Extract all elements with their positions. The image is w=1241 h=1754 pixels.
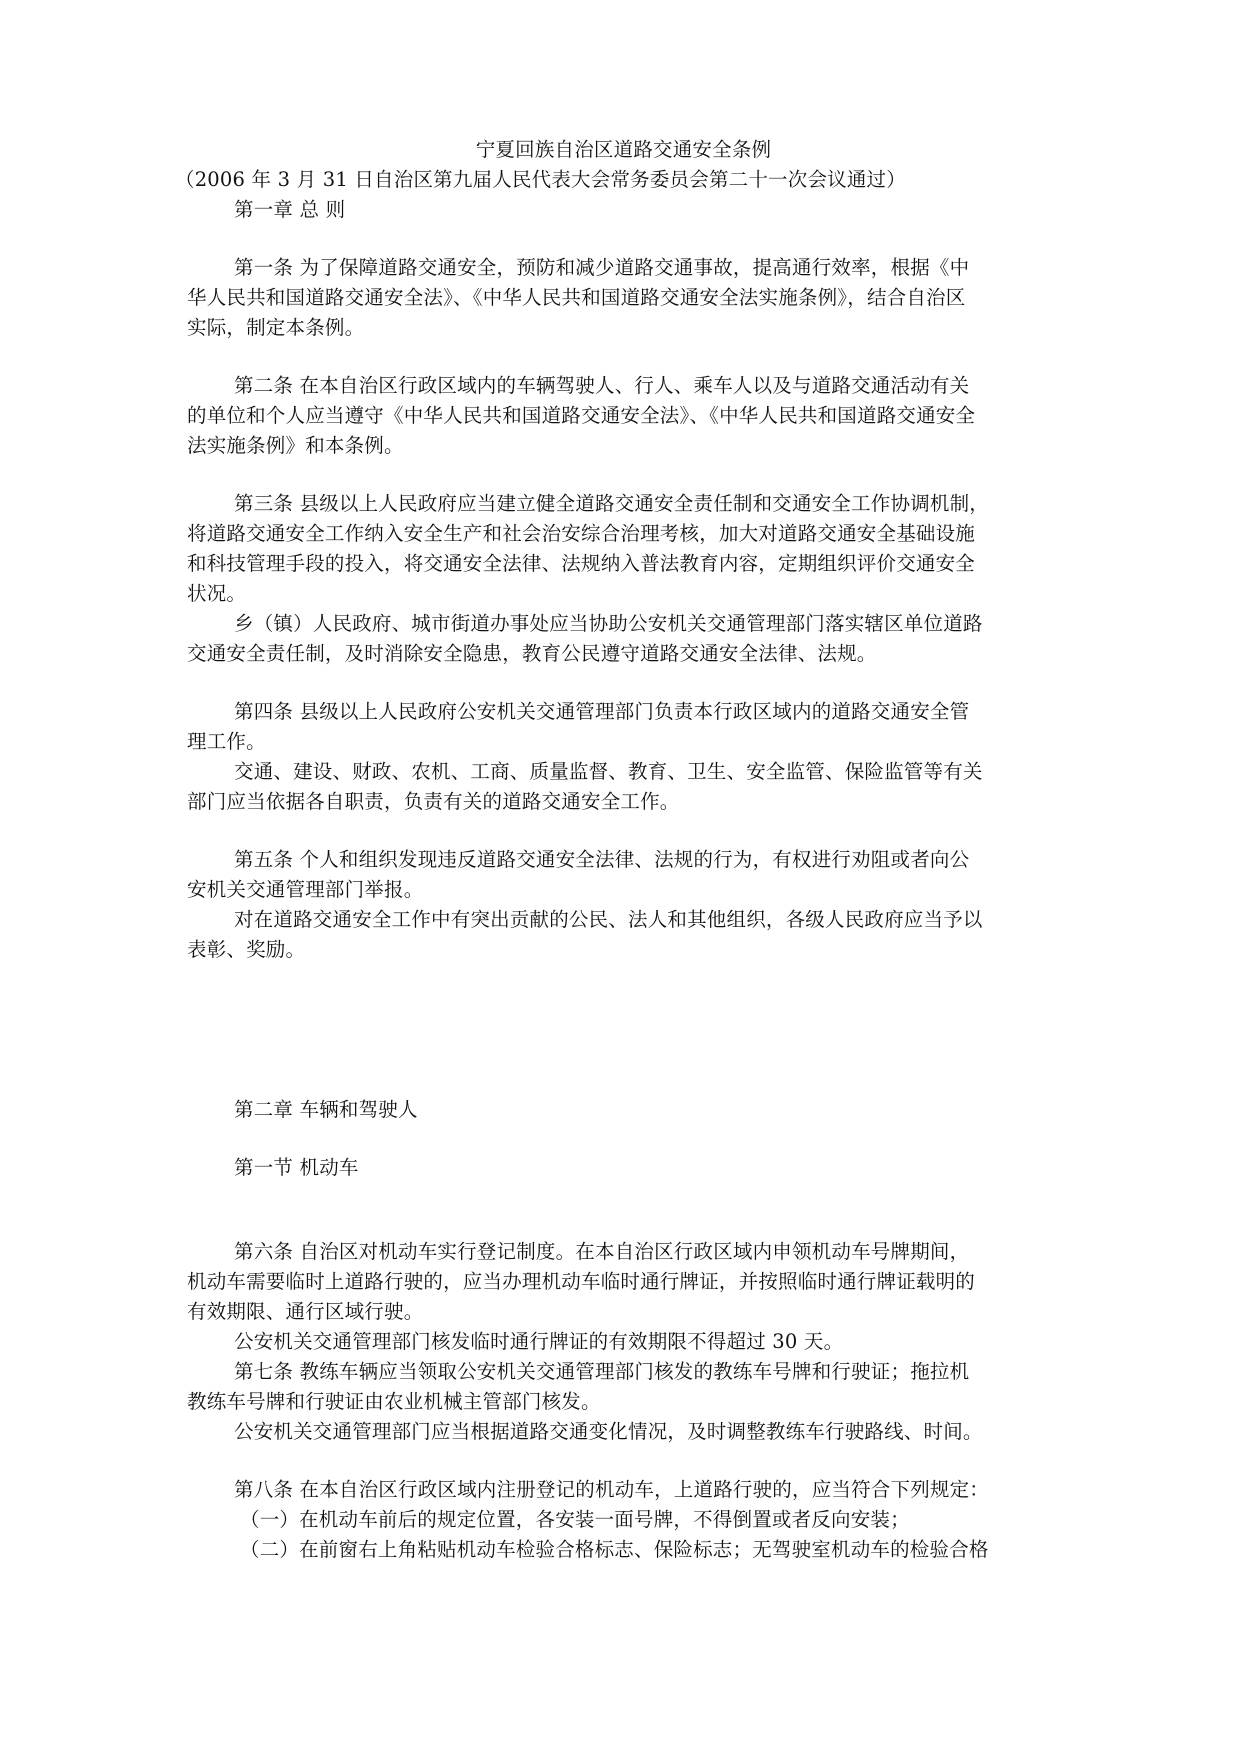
- chapter-heading: 第二章 车辆和驾驶人: [187, 1095, 1060, 1125]
- article-line: 对在道路交通安全工作中有突出贡献的公民、法人和其他组织，各级人民政府应当予以: [187, 905, 1060, 935]
- article-line: 将道路交通安全工作纳入安全生产和社会治安综合治理考核，加大对道路交通安全基础设施: [187, 519, 1060, 549]
- article-line: 公安机关交通管理部门核发临时通行牌证的有效期限不得超过 30 天。: [187, 1327, 1060, 1357]
- article-line: 的单位和个人应当遵守《中华人民共和国道路交通安全法》、《中华人民共和国道路交通安…: [187, 401, 1060, 431]
- article-line: 华人民共和国道路交通安全法》、《中华人民共和国道路交通安全法实施条例》，结合自治…: [187, 283, 1060, 313]
- article-line: 交通、建设、财政、农机、工商、质量监督、教育、卫生、安全监管、保险监管等有关: [187, 757, 1060, 787]
- article-line: 第六条 自治区对机动车实行登记制度。在本自治区行政区域内申领机动车号牌期间，: [187, 1237, 1060, 1267]
- article-line: 第八条 在本自治区行政区域内注册登记的机动车，上道路行驶的，应当符合下列规定：: [187, 1475, 1060, 1505]
- article-line: 乡（镇）人民政府、城市街道办事处应当协助公安机关交通管理部门落实辖区单位道路: [187, 609, 1060, 639]
- article-line: 有效期限、通行区域行驶。: [187, 1297, 1060, 1327]
- article-line: （一）在机动车前后的规定位置，各安装一面号牌，不得倒置或者反向安装；: [187, 1505, 1060, 1535]
- article-line: 和科技管理手段的投入，将交通安全法律、法规纳入普法教育内容，定期组织评价交通安全: [187, 549, 1060, 579]
- article-line: 法实施条例》和本条例。: [187, 431, 1060, 461]
- article-line: 教练车号牌和行驶证由农业机械主管部门核发。: [187, 1387, 1060, 1417]
- article-line: （二）在前窗右上角粘贴机动车检验合格标志、保险标志；无驾驶室机动车的检验合格: [187, 1535, 1060, 1565]
- article-line: 机动车需要临时上道路行驶的，应当办理机动车临时通行牌证，并按照临时通行牌证载明的: [187, 1267, 1060, 1297]
- document-subtitle: （2006 年 3 月 31 日自治区第九届人民代表大会常务委员会第二十一次会议…: [175, 165, 1048, 195]
- article-line: 第二条 在本自治区行政区域内的车辆驾驶人、行人、乘车人以及与道路交通活动有关: [187, 371, 1060, 401]
- article-line: 公安机关交通管理部门应当根据道路交通变化情况，及时调整教练车行驶路线、时间。: [187, 1417, 1060, 1447]
- article-line: 理工作。: [187, 727, 1060, 757]
- article-line: 第四条 县级以上人民政府公安机关交通管理部门负责本行政区域内的道路交通安全管: [187, 697, 1060, 727]
- article-line: 实际，制定本条例。: [187, 313, 1060, 343]
- article-line: 交通安全责任制，及时消除安全隐患，教育公民遵守道路交通安全法律、法规。: [187, 639, 1060, 669]
- article-line: 表彰、奖励。: [187, 935, 1060, 965]
- article-line: 安机关交通管理部门举报。: [187, 875, 1060, 905]
- article-line: 第五条 个人和组织发现违反道路交通安全法律、法规的行为，有权进行劝阻或者向公: [187, 845, 1060, 875]
- section-heading: 第一节 机动车: [187, 1153, 1060, 1183]
- chapter-heading: 第一章 总 则: [187, 195, 1060, 225]
- article-line: 部门应当依据各自职责，负责有关的道路交通安全工作。: [187, 787, 1060, 817]
- article-line: 第七条 教练车辆应当领取公安机关交通管理部门核发的教练车号牌和行驶证；拖拉机: [187, 1357, 1060, 1387]
- document-title: 宁夏回族自治区道路交通安全条例: [187, 135, 1060, 165]
- article-line: 第三条 县级以上人民政府应当建立健全道路交通安全责任制和交通安全工作协调机制，: [187, 489, 1060, 519]
- article-line: 第一条 为了保障道路交通安全，预防和减少道路交通事故，提高通行效率，根据《中: [187, 253, 1060, 283]
- article-line: 状况。: [187, 579, 1060, 609]
